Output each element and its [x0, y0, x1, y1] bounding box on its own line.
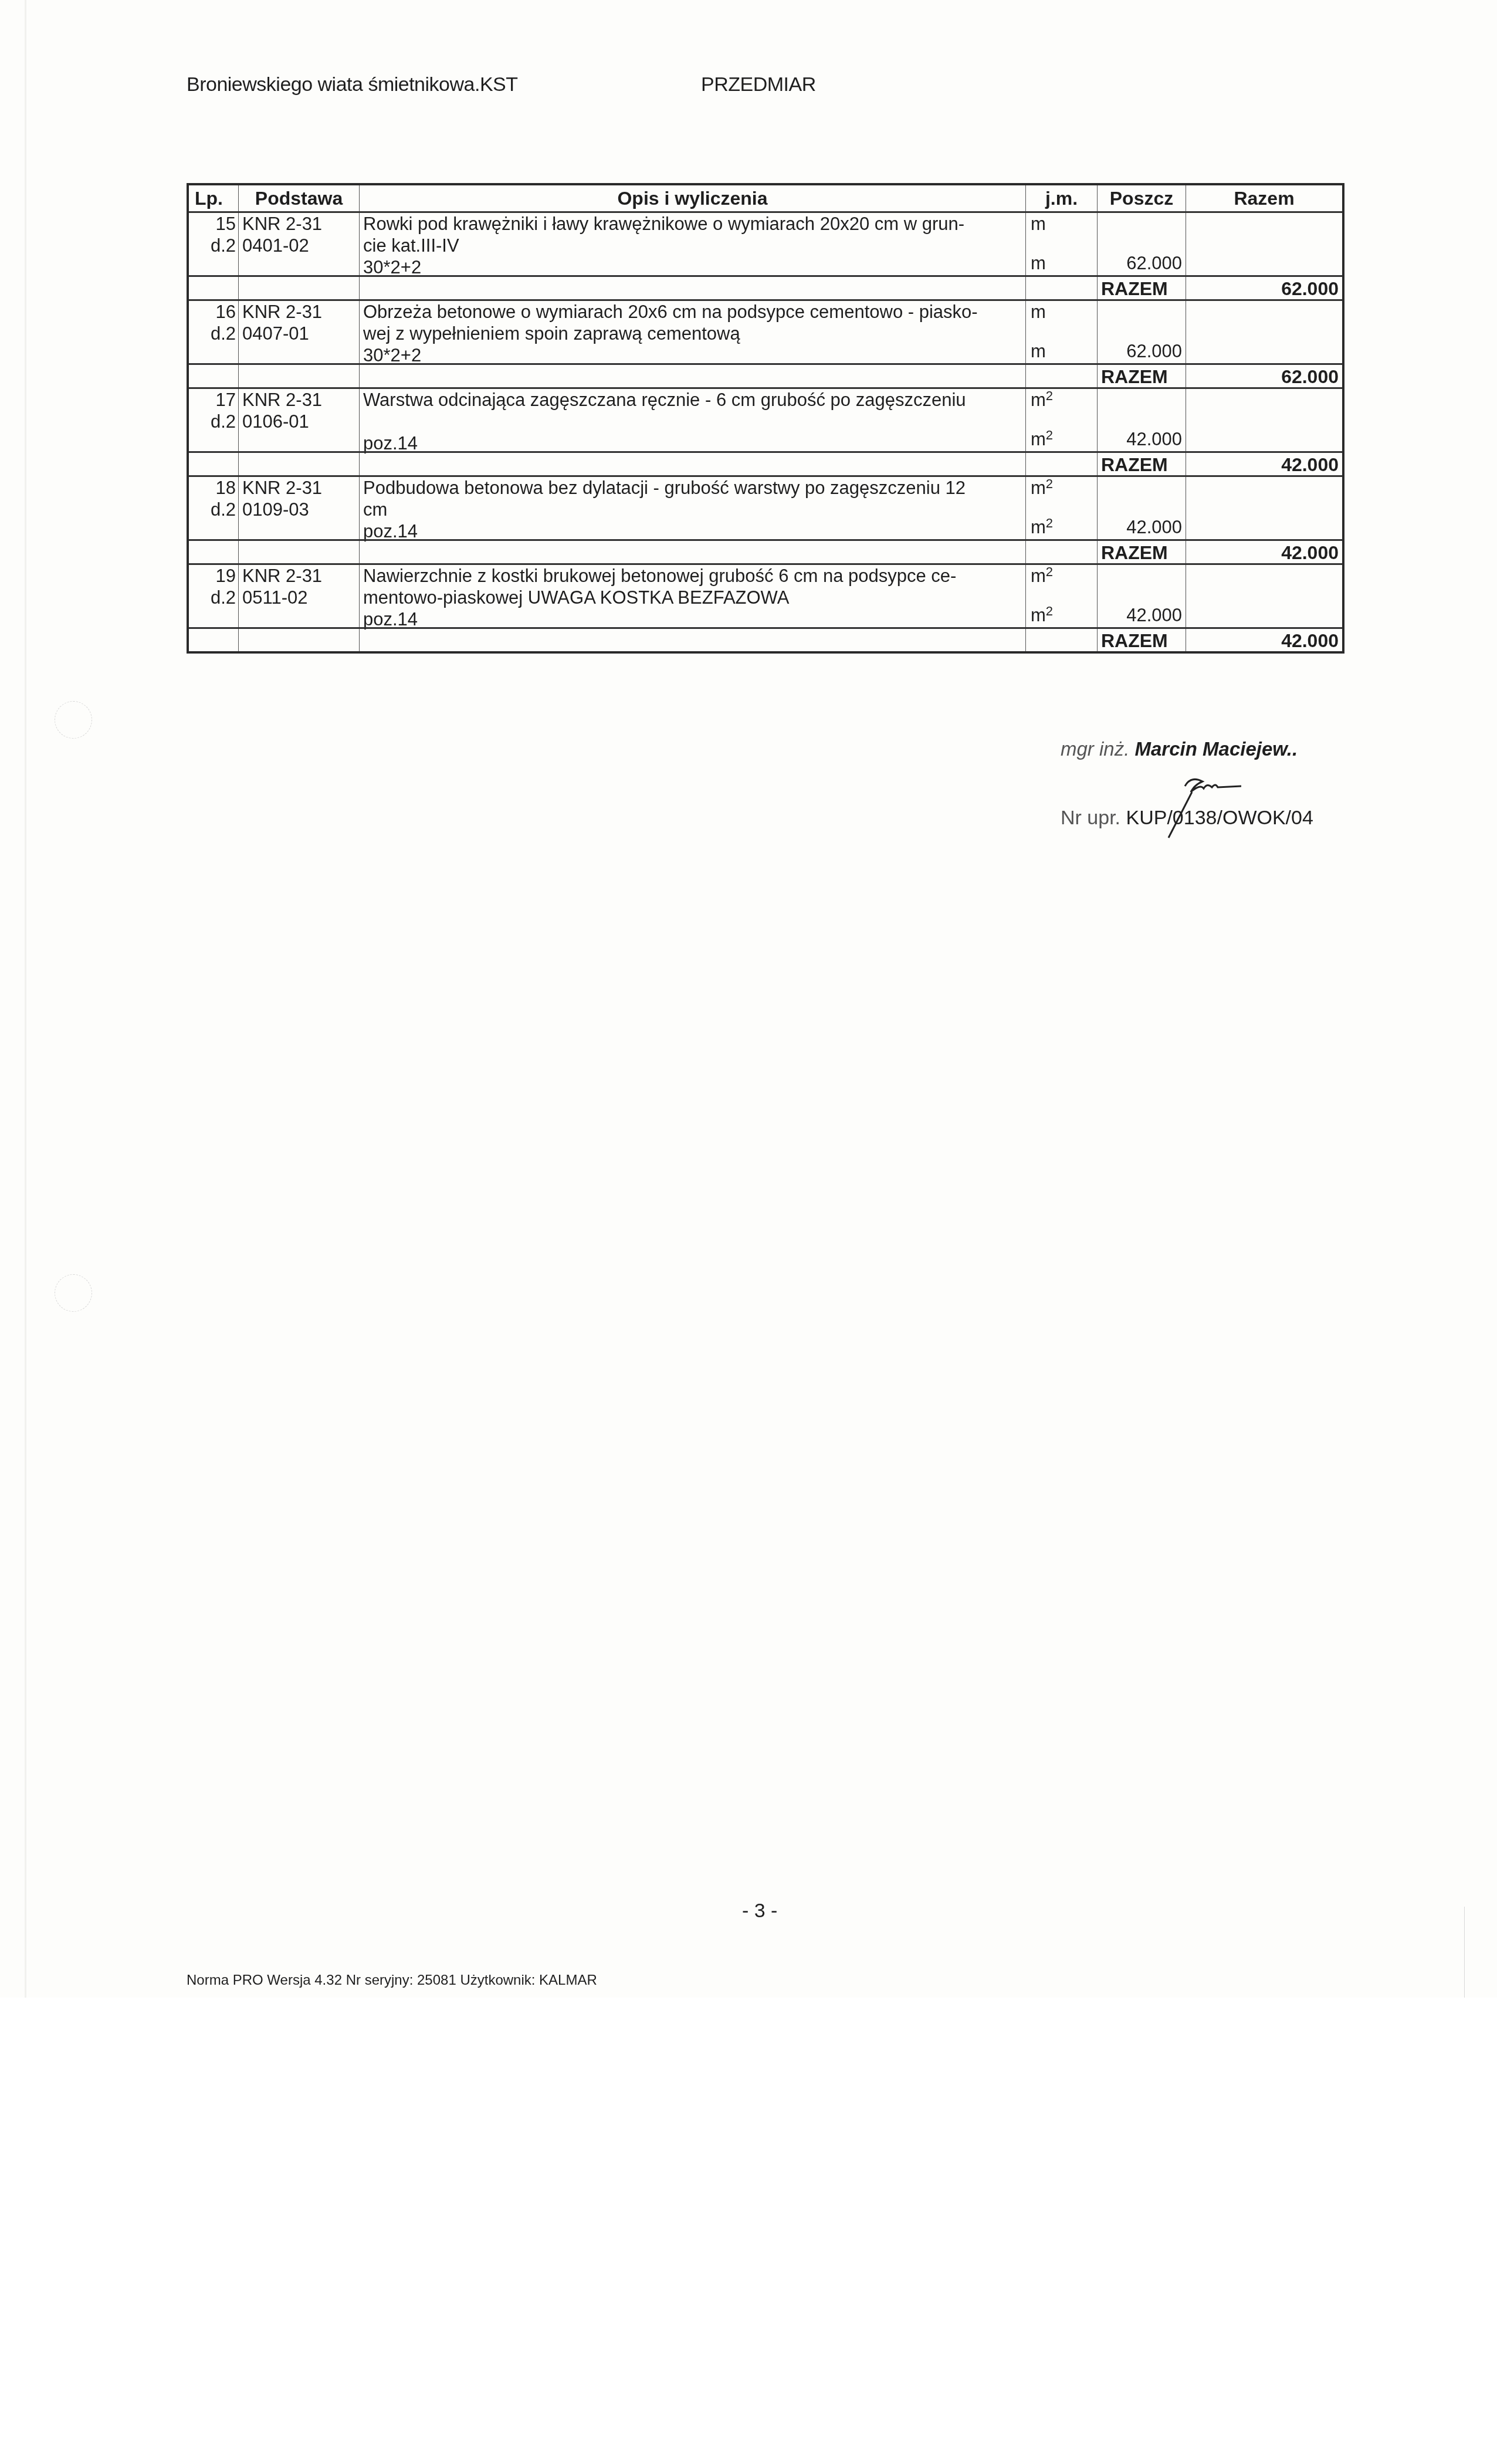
basis-catalog: KNR 2-31	[242, 213, 355, 235]
description-cell: Nawierzchnie z kostki brukowej betonowej…	[359, 565, 1025, 627]
empty-cell	[189, 365, 238, 387]
description-cell: Obrzeża betonowe o wymiarach 20x6 cm na …	[359, 301, 1025, 363]
description-line: cm	[363, 499, 1022, 520]
empty-cell	[359, 453, 1025, 475]
basis-cell: KNR 2-31 0511-02	[238, 565, 359, 627]
item-chapter: d.2	[192, 235, 236, 256]
description-line: Nawierzchnie z kostki brukowej betonowej…	[363, 565, 1022, 587]
basis-catalog: KNR 2-31	[242, 389, 355, 411]
table-row-total: RAZEM 62.000	[189, 275, 1342, 299]
table-row: 16 d.2 KNR 2-31 0407-01 Obrzeża betonowe…	[189, 299, 1342, 363]
item-number-cell: 15 d.2	[189, 213, 238, 275]
empty-cell	[238, 365, 359, 387]
empty-cell	[1025, 365, 1097, 387]
description-line: Obrzeża betonowe o wymiarach 20x6 cm na …	[363, 301, 1022, 323]
basis-cell: KNR 2-31 0106-01	[238, 389, 359, 451]
engineer-name: mgr inż. Marcin Maciejew..	[1061, 738, 1298, 760]
table-row: 17 d.2 KNR 2-31 0106-01 Warstwa odcinają…	[189, 387, 1342, 451]
empty-cell	[359, 541, 1025, 563]
basis-position: 0401-02	[242, 235, 355, 256]
page-number: - 3 -	[742, 1900, 777, 1923]
unit-cell: m m	[1025, 213, 1097, 275]
table-row-total: RAZEM 62.000	[189, 363, 1342, 387]
unit-calc: m2	[1031, 516, 1053, 538]
description-cell: Warstwa odcinająca zagęszczana ręcznie -…	[359, 389, 1025, 451]
unit-calc: m2	[1031, 428, 1053, 450]
description-line: cie kat.III-IV	[363, 235, 1022, 256]
table-row-total: RAZEM 42.000	[189, 539, 1342, 563]
basis-position: 0407-01	[242, 323, 355, 344]
total-cell	[1186, 477, 1342, 539]
quantity-value: 42.000	[1126, 516, 1182, 538]
unit: m	[1031, 213, 1046, 235]
item-chapter: d.2	[192, 499, 236, 520]
basis-cell: KNR 2-31 0109-03	[238, 477, 359, 539]
description-line: Warstwa odcinająca zagęszczana ręcznie -…	[363, 389, 1022, 411]
table-row: 18 d.2 KNR 2-31 0109-03 Podbudowa betono…	[189, 475, 1342, 539]
empty-cell	[1025, 629, 1097, 651]
unit-cell: m2 m2	[1025, 477, 1097, 539]
item-number-cell: 18 d.2	[189, 477, 238, 539]
empty-cell	[1025, 541, 1097, 563]
total-value: 42.000	[1186, 629, 1342, 651]
software-footer: Norma PRO Wersja 4.32 Nr seryjny: 25081 …	[187, 1972, 597, 1989]
item-number: 15	[192, 213, 236, 235]
quantity-value: 42.000	[1126, 604, 1182, 626]
table-body: 15 d.2 KNR 2-31 0401-02 Rowki pod krawęż…	[189, 211, 1342, 651]
table-row-total: RAZEM 42.000	[189, 627, 1342, 651]
quantity-cell: 62.000	[1097, 213, 1186, 275]
empty-cell	[189, 629, 238, 651]
basis-position: 0511-02	[242, 587, 355, 608]
punch-hole-mark	[55, 1274, 92, 1312]
description-line: mentowo-piaskowej UWAGA KOSTKA BEZFAZOWA	[363, 587, 1022, 608]
basis-cell: KNR 2-31 0401-02	[238, 213, 359, 275]
license-value: KUP/0138/OWOK/04	[1126, 807, 1313, 829]
unit: m2	[1031, 477, 1053, 499]
basis-catalog: KNR 2-31	[242, 301, 355, 323]
empty-cell	[189, 453, 238, 475]
column-header-poszcz: Poszcz	[1097, 185, 1186, 211]
unit-calc: m	[1031, 252, 1046, 274]
quantity-cell: 42.000	[1097, 477, 1186, 539]
basis-position: 0109-03	[242, 499, 355, 520]
file-name: Broniewskiego wiata śmietnikowa.KST	[187, 73, 518, 96]
unit-cell: m2 m2	[1025, 389, 1097, 451]
unit-calc: m2	[1031, 604, 1053, 626]
empty-cell	[1025, 277, 1097, 299]
description-cell: Rowki pod krawężniki i ławy krawężnikowe…	[359, 213, 1025, 275]
empty-cell	[189, 277, 238, 299]
total-label: RAZEM	[1097, 453, 1186, 475]
empty-cell	[238, 629, 359, 651]
empty-cell	[238, 541, 359, 563]
quantity-cell: 42.000	[1097, 389, 1186, 451]
column-header-razem: Razem	[1186, 185, 1342, 211]
total-label: RAZEM	[1097, 277, 1186, 299]
quantity-value: 62.000	[1126, 252, 1182, 274]
engineer-title: mgr inż.	[1061, 738, 1129, 760]
item-number: 17	[192, 389, 236, 411]
table-row: 15 d.2 KNR 2-31 0401-02 Rowki pod krawęż…	[189, 211, 1342, 275]
total-cell	[1186, 389, 1342, 451]
table-row-total: RAZEM 42.000	[189, 451, 1342, 475]
total-cell	[1186, 565, 1342, 627]
table-header-row: Lp. Podstawa Opis i wyliczenia j.m. Posz…	[189, 185, 1342, 211]
total-value: 42.000	[1186, 453, 1342, 475]
description-cell: Podbudowa betonowa bez dylatacji - grubo…	[359, 477, 1025, 539]
engineer-full-name: Marcin Maciejew..	[1135, 738, 1298, 760]
item-number-cell: 16 d.2	[189, 301, 238, 363]
unit: m2	[1031, 565, 1053, 587]
description-line: Rowki pod krawężniki i ławy krawężnikowe…	[363, 213, 1022, 235]
column-header-podstawa: Podstawa	[238, 185, 359, 211]
unit-cell: m2 m2	[1025, 565, 1097, 627]
empty-cell	[238, 453, 359, 475]
total-label: RAZEM	[1097, 365, 1186, 387]
scan-edge	[25, 0, 26, 1998]
empty-cell	[359, 629, 1025, 651]
empty-cell	[1025, 453, 1097, 475]
item-number-cell: 19 d.2	[189, 565, 238, 627]
item-chapter: d.2	[192, 323, 236, 344]
description-line: wej z wypełnieniem spoin zaprawą cemento…	[363, 323, 1022, 344]
description-line	[363, 411, 1022, 432]
description-line: Podbudowa betonowa bez dylatacji - grubo…	[363, 477, 1022, 499]
unit-calc: m	[1031, 340, 1046, 362]
total-value: 62.000	[1186, 277, 1342, 299]
license-label: Nr upr.	[1061, 807, 1120, 829]
basis-position: 0106-01	[242, 411, 355, 432]
empty-cell	[359, 365, 1025, 387]
empty-cell	[189, 541, 238, 563]
unit-cell: m m	[1025, 301, 1097, 363]
unit: m2	[1031, 389, 1053, 411]
bill-of-quantities-table: Lp. Podstawa Opis i wyliczenia j.m. Posz…	[187, 183, 1344, 654]
empty-cell	[238, 277, 359, 299]
empty-cell	[359, 277, 1025, 299]
quantity-cell: 62.000	[1097, 301, 1186, 363]
total-cell	[1186, 213, 1342, 275]
total-label: RAZEM	[1097, 541, 1186, 563]
column-header-lp: Lp.	[189, 185, 238, 211]
item-number: 19	[192, 565, 236, 587]
basis-catalog: KNR 2-31	[242, 477, 355, 499]
basis-cell: KNR 2-31 0407-01	[238, 301, 359, 363]
unit: m	[1031, 301, 1046, 323]
table-row: 19 d.2 KNR 2-31 0511-02 Nawierzchnie z k…	[189, 563, 1342, 627]
total-cell	[1186, 301, 1342, 363]
column-header-opis: Opis i wyliczenia	[359, 185, 1025, 211]
total-label: RAZEM	[1097, 629, 1186, 651]
item-number-cell: 17 d.2	[189, 389, 238, 451]
item-chapter: d.2	[192, 411, 236, 432]
punch-hole-mark	[55, 701, 92, 739]
quantity-cell: 42.000	[1097, 565, 1186, 627]
item-number: 18	[192, 477, 236, 499]
quantity-value: 62.000	[1126, 340, 1182, 362]
total-value: 62.000	[1186, 365, 1342, 387]
quantity-value: 42.000	[1126, 428, 1182, 450]
document-title: PRZEDMIAR	[701, 73, 816, 96]
scan-edge	[1464, 1907, 1465, 1998]
column-header-jm: j.m.	[1025, 185, 1097, 211]
total-value: 42.000	[1186, 541, 1342, 563]
license-number: Nr upr. KUP/0138/OWOK/04	[1061, 807, 1313, 830]
item-number: 16	[192, 301, 236, 323]
item-chapter: d.2	[192, 587, 236, 608]
basis-catalog: KNR 2-31	[242, 565, 355, 587]
